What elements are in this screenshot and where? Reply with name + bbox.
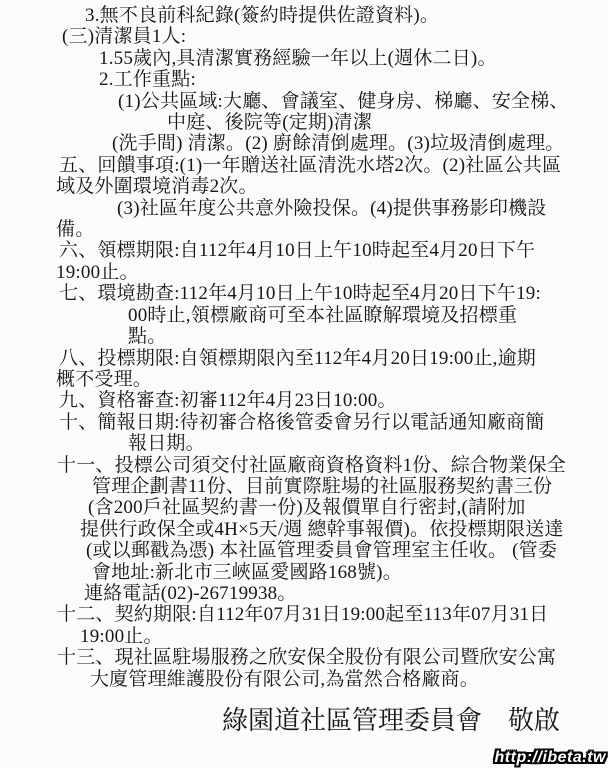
watermark-url: http://ibeta.tw (495, 749, 606, 767)
document-line: 1.55歲內,具清潔實務經驗一年以上(週休二日)。 (0, 48, 608, 69)
document-line: (含200戶社區契約書一份)及報價單自行密封,(請附加 (0, 497, 608, 518)
document-line: 十一、投標公司須交付社區廠商資格資料1份、綜合物業保全 (0, 455, 608, 476)
document-line: 十二、契約期限:自112年07月31日19:00起至113年07月31日 (0, 604, 608, 625)
document-line: 2.工作重點: (0, 69, 608, 90)
document-line: 域及外圍環境消毒2次。 (0, 176, 608, 197)
signature-line: 綠園道社區管理委員會 敬啟 (0, 704, 608, 738)
document-line: 管理企劃書11份、目前實際駐場的社區服務契約書三份 (0, 476, 608, 497)
document-line: 點。 (0, 326, 608, 347)
document-line: 19:00止。 (0, 626, 608, 647)
document-line: 十三、現社區駐場服務之欣安保全股份有限公司暨欣安公寓 (0, 647, 608, 668)
document-line: 大廈管理維護股份有限公司,為當然合格廠商。 (0, 669, 608, 690)
document-line: (1)公共區域:大廳、會議室、健身房、梯廳、安全梯、 (0, 91, 608, 112)
document-line: (或以郵戳為憑) 本社區管理委員會管理室主任收。 (管委 (0, 540, 608, 561)
document-line: (3)社區年度公共意外險投保。(4)提供事務影印機設 (0, 198, 608, 219)
document-line: 概不受理。 (0, 369, 608, 390)
document-line: 十、簡報日期:待初審合格後管委會另行以電話通知廠商簡 (0, 412, 608, 433)
document-line: 中庭、後院等(定期)清潔 (0, 112, 608, 133)
document-line: 會地址:新北市三峽區愛國路168號)。 (0, 562, 608, 583)
document-body: 3.無不良前科紀錄(簽約時提供佐證資料)。(三)清潔員1人:1.55歲內,具清潔… (0, 0, 608, 690)
document-line: 六、領標期限:自112年4月10日上午10時起至4月20日下午 (0, 240, 608, 261)
document-line: 報日期。 (0, 433, 608, 454)
document-line: 五、回饋事項:(1)一年贈送社區清洗水塔2次。(2)社區公共區 (0, 155, 608, 176)
document-line: 00時止,領標廠商可至本社區瞭解環境及招標重 (0, 305, 608, 326)
document-line: 九、資格審查:初審112年4月23日10:00。 (0, 390, 608, 411)
document-line: 連絡電話(02)-26719938。 (0, 583, 608, 604)
document-line: 七、環境勘查:112年4月10日上午10時起至4月20日下午19: (0, 283, 608, 304)
scanned-document-page: 3.無不良前科紀錄(簽約時提供佐證資料)。(三)清潔員1人:1.55歲內,具清潔… (0, 0, 608, 768)
document-line: 3.無不良前科紀錄(簽約時提供佐證資料)。 (0, 5, 608, 26)
document-line: (三)清潔員1人: (0, 26, 608, 47)
document-line: 備。 (0, 219, 608, 240)
document-line: 19:00止。 (0, 262, 608, 283)
document-line: (洗手間) 清潔。(2) 廚餘清倒處理。(3)垃圾清倒處理。 (0, 133, 608, 154)
document-line: 八、投標期限:自領標期限內至112年4月20日19:00止,逾期 (0, 348, 608, 369)
document-line: 提供行政保全或4H×5天/週 總幹事報價)。依投標期限送達 (0, 519, 608, 540)
